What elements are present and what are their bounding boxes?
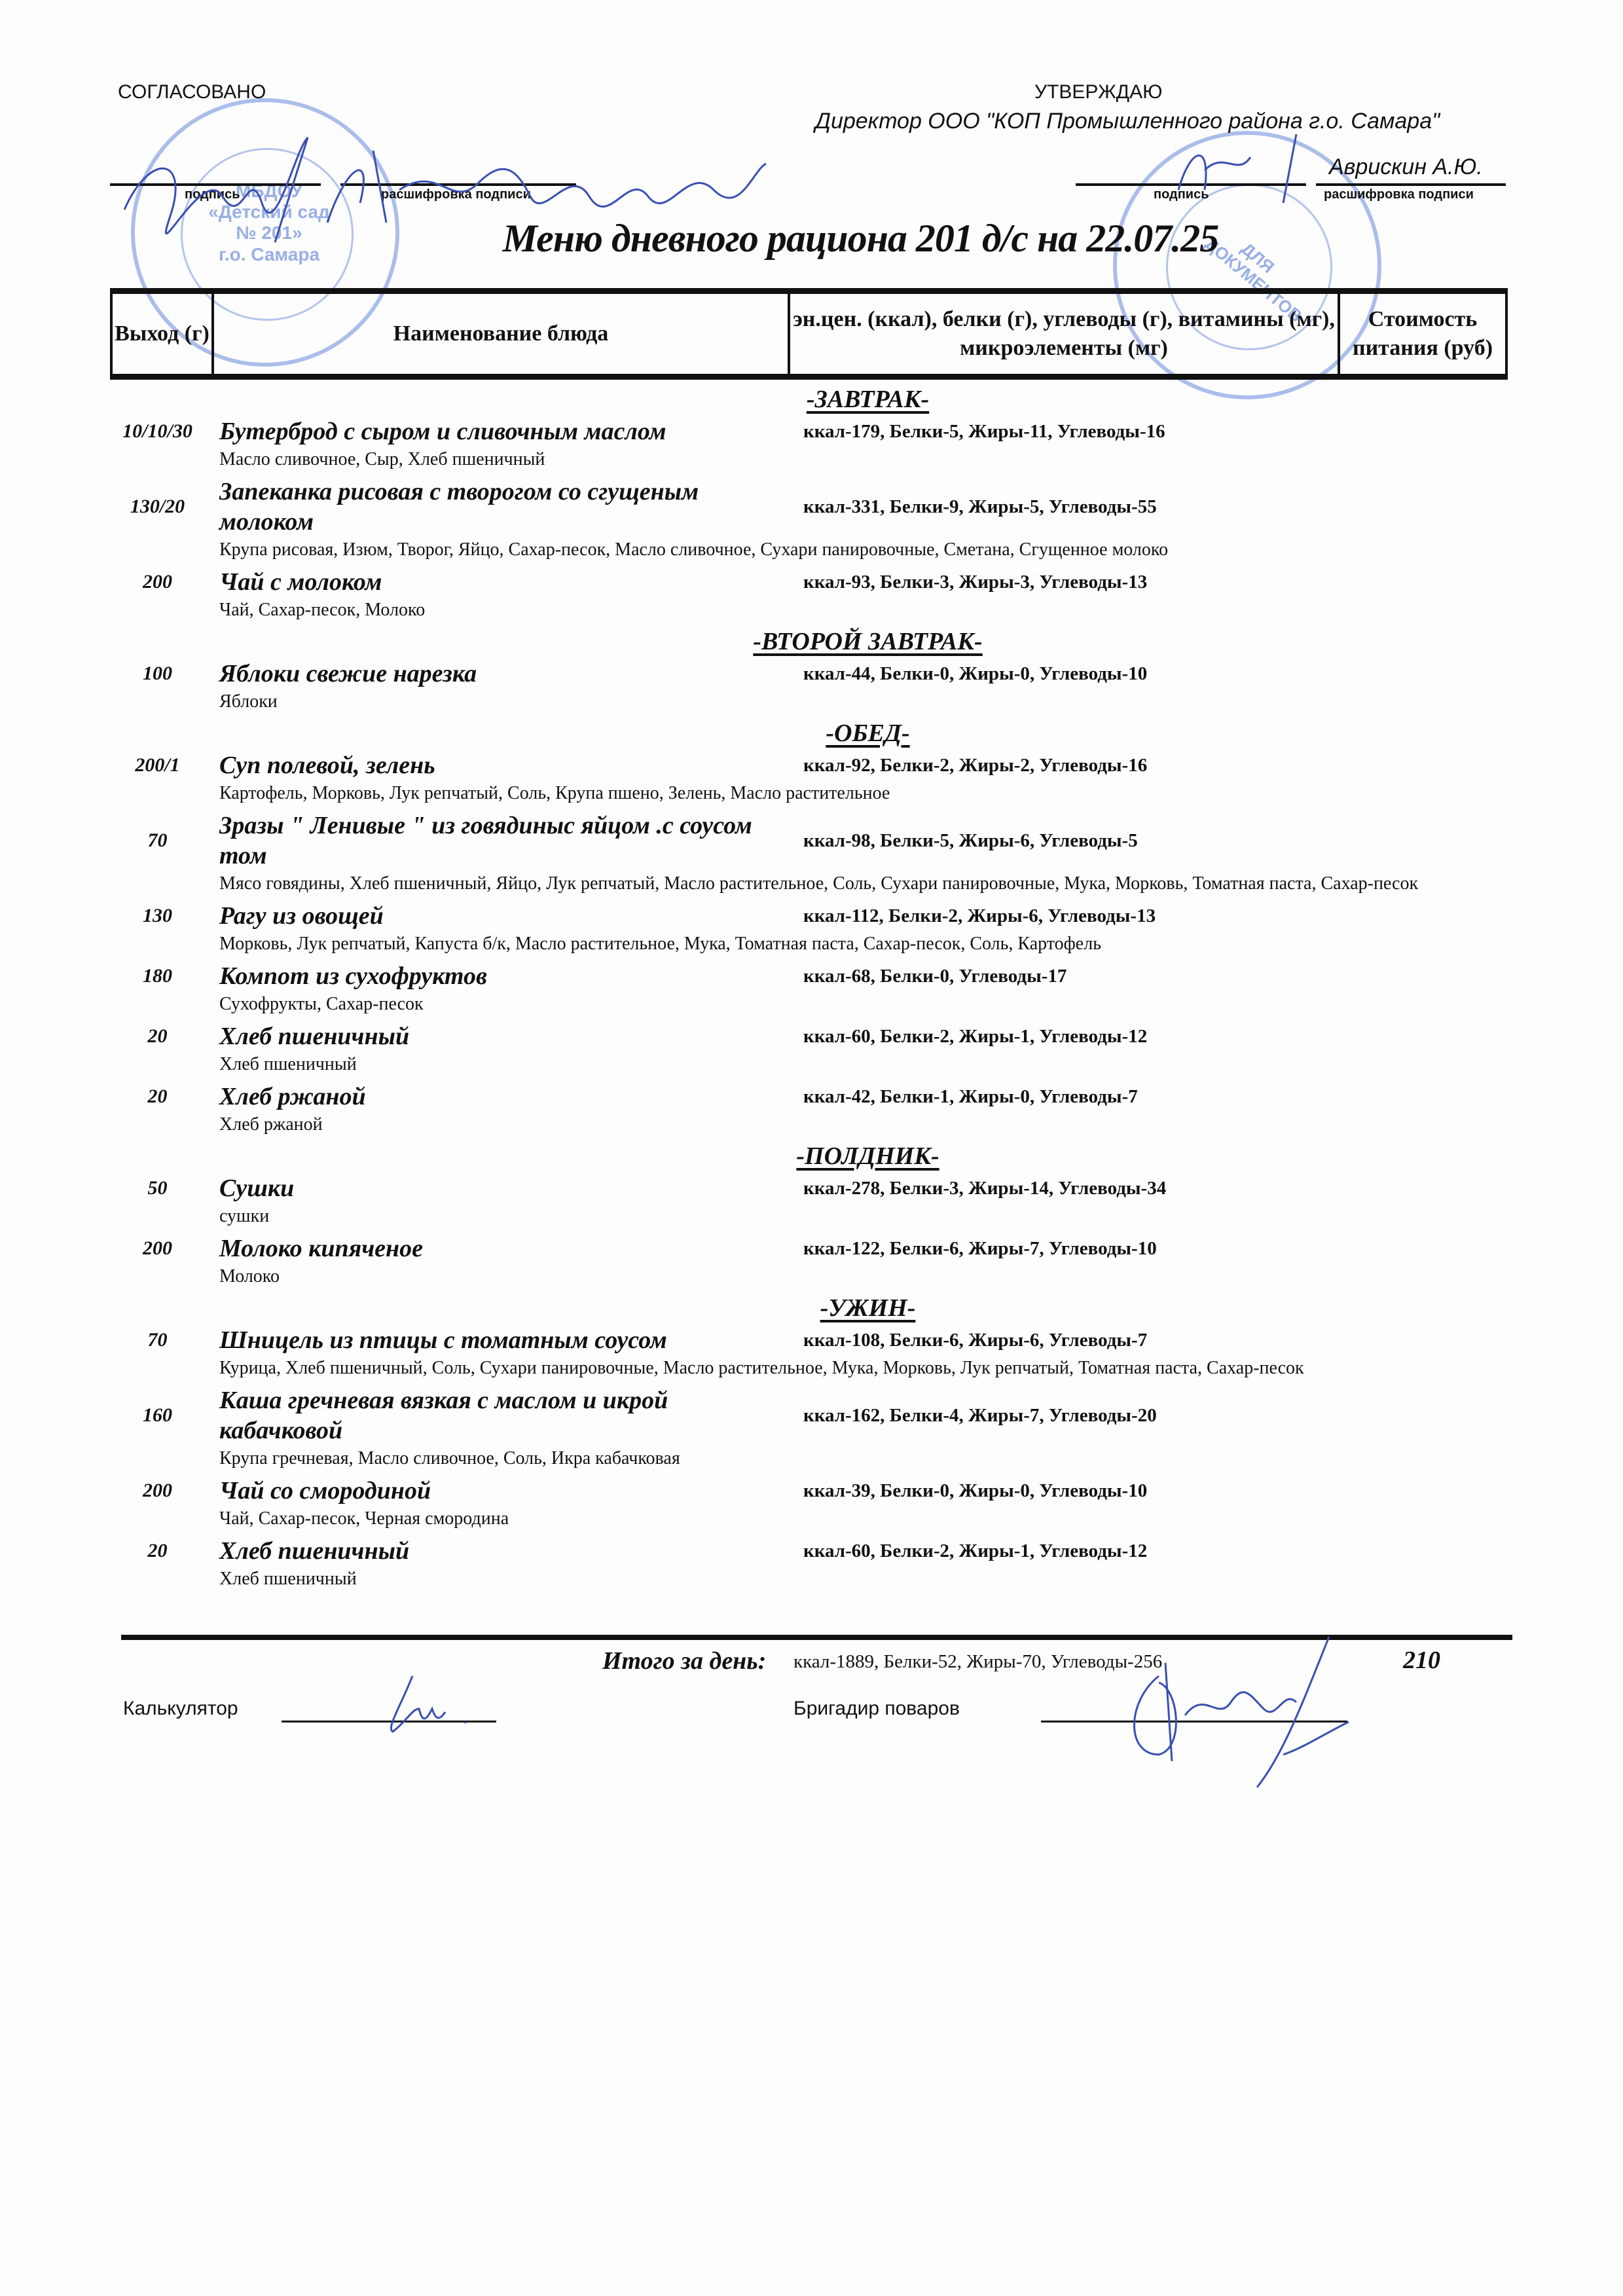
menu-item-output: 200/1 [110,754,211,776]
menu-item-name: Суп полевой, зелень [211,750,786,780]
right-signature-caption: подпись [1154,187,1209,202]
menu-item-row: 200/1Суп полевой, зеленьккал-92, Белки-2… [110,750,1508,780]
menu-item-output: 200 [110,1480,211,1502]
menu-item-nutrition: ккал-93, Белки-3, Жиры-3, Углеводы-13 [786,572,1506,593]
menu-item-row: 20Хлеб пшеничныйккал-60, Белки-2, Жиры-1… [110,1021,1508,1051]
menu-item-name: Хлеб ржаной [211,1082,786,1112]
menu-item-row: 50Сушкиккал-278, Белки-3, Жиры-14, Углев… [110,1173,1508,1203]
menu-item-name: Хлеб пшеничный [211,1536,786,1566]
menu-item-name: Каша гречневая вязкая с маслом и икрой к… [211,1385,786,1446]
menu-item-nutrition: ккал-98, Белки-5, Жиры-6, Углеводы-5 [786,830,1506,852]
menu-item-output: 70 [110,1329,211,1351]
menu-item-output: 160 [110,1404,211,1427]
menu-item-row: 180Компот из сухофруктовккал-68, Белки-0… [110,961,1508,991]
menu-item-ingredients: Масло сливочное, Сыр, Хлеб пшеничный [110,446,1431,473]
menu-item-nutrition: ккал-39, Белки-0, Жиры-0, Углеводы-10 [786,1480,1506,1502]
menu-item-ingredients: Картофель, Морковь, Лук репчатый, Соль, … [110,780,1431,807]
approve-label: УТВЕРЖДАЮ [1034,81,1162,103]
menu-item-nutrition: ккал-60, Белки-2, Жиры-1, Углеводы-12 [786,1540,1506,1562]
column-header-cost: Стоимость питания (руб) [1340,294,1505,374]
column-header-nutrition: эн.цен. (ккал), белки (г), углеводы (г),… [790,294,1340,374]
chef-signature-icon [1087,1624,1362,1794]
menu-body: -ЗАВТРАК-10/10/30Бутерброд с сыром и сли… [110,381,1508,1596]
column-header-dish-name: Наименование блюда [214,294,790,374]
menu-item-row: 20Хлеб ржанойккал-42, Белки-1, Жиры-0, У… [110,1082,1508,1112]
menu-item-row: 130Рагу из овощейккал-112, Белки-2, Жиры… [110,901,1508,931]
menu-item-row: 200Чай с молокомккал-93, Белки-3, Жиры-3… [110,567,1508,597]
menu-item-name: Запеканка рисовая с творогом со сгущеным… [211,477,786,537]
menu-item-name: Компот из сухофруктов [211,961,786,991]
menu-item-ingredients: Чай, Сахар-песок, Молоко [110,597,1431,623]
menu-item-ingredients: Крупа гречневая, Масло сливочное, Соль, … [110,1446,1431,1472]
menu-item-output: 200 [110,1237,211,1260]
menu-item-output: 50 [110,1177,211,1199]
bottom-divider [121,1635,1512,1640]
page-title: Меню дневного рациона 201 д/с на 22.07.2… [0,216,1623,261]
menu-item-name: Чай с молоком [211,567,786,597]
agreed-label: СОГЛАСОВАНО [118,81,266,103]
menu-item-name: Бутерброд с сыром и сливочным маслом [211,416,786,446]
menu-item-nutrition: ккал-278, Белки-3, Жиры-14, Углеводы-34 [786,1178,1506,1199]
menu-item-ingredients: Морковь, Лук репчатый, Капуста б/к, Масл… [110,931,1431,957]
right-decoding-line [1316,183,1506,186]
menu-item-nutrition: ккал-60, Белки-2, Жиры-1, Углеводы-12 [786,1026,1506,1048]
menu-item-name: Молоко кипяченое [211,1233,786,1264]
menu-item-output: 200 [110,571,211,593]
menu-item-name: Сушки [211,1173,786,1203]
menu-item-row: 200Чай со смородинойккал-39, Белки-0, Жи… [110,1476,1508,1506]
left-decoding-line [340,183,576,186]
chef-signature-line [1041,1721,1347,1722]
menu-item-ingredients: Молоко [110,1264,1431,1290]
left-signature-line [110,183,321,186]
menu-item-row: 130/20Запеканка рисовая с творогом со сг… [110,477,1508,537]
menu-item-row: 160Каша гречневая вязкая с маслом и икро… [110,1385,1508,1446]
right-signature-line [1076,183,1306,186]
menu-item-nutrition: ккал-92, Белки-2, Жиры-2, Углеводы-16 [786,755,1506,776]
approver-name: Аврискин А.Ю. [1329,155,1483,180]
menu-item-ingredients: Мясо говядины, Хлеб пшеничный, Яйцо, Лук… [110,871,1431,897]
menu-item-nutrition: ккал-42, Белки-1, Жиры-0, Углеводы-7 [786,1086,1506,1108]
left-decoding-caption: расшифровка подписи [381,187,531,202]
menu-item-nutrition: ккал-44, Белки-0, Жиры-0, Углеводы-10 [786,663,1506,685]
menu-item-name: Чай со смородиной [211,1476,786,1506]
calculator-signature-line [282,1721,496,1722]
day-total-cost: 210 [1403,1646,1440,1675]
menu-item-name: Хлеб пшеничный [211,1021,786,1051]
section-title: -ОБЕД- [110,719,1508,748]
menu-item-name: Зразы " Ленивые " из говядиныс яйцом .с … [211,811,786,871]
menu-document-page: МБДОУ «Детский сад № 201» г.о. Самара ДЛ… [0,0,1623,2296]
section-title: -УЖИН- [110,1294,1508,1322]
menu-item-row: 70Зразы " Ленивые " из говядиныс яйцом .… [110,811,1508,871]
menu-item-ingredients: Чай, Сахар-песок, Черная смородина [110,1506,1431,1532]
menu-item-output: 130 [110,905,211,927]
table-header: Выход (г) Наименование блюда эн.цен. (кк… [110,288,1508,380]
day-total-values: ккал-1889, Белки-52, Жиры-70, Углеводы-2… [793,1651,1162,1673]
menu-item-row: 200Молоко кипяченоеккал-122, Белки-6, Жи… [110,1233,1508,1264]
menu-item-output: 10/10/30 [110,420,211,443]
menu-item-nutrition: ккал-108, Белки-6, Жиры-6, Углеводы-7 [786,1330,1506,1351]
right-decoding-caption: расшифровка подписи [1324,187,1474,202]
section-title: -ВТОРОЙ ЗАВТРАК- [110,627,1508,656]
menu-item-row: 20Хлеб пшеничныйккал-60, Белки-2, Жиры-1… [110,1536,1508,1566]
menu-item-row: 10/10/30Бутерброд с сыром и сливочным ма… [110,416,1508,446]
menu-item-nutrition: ккал-162, Белки-4, Жиры-7, Углеводы-20 [786,1405,1506,1427]
menu-item-ingredients: Хлеб ржаной [110,1112,1431,1138]
menu-item-output: 70 [110,829,211,852]
column-header-output: Выход (г) [113,294,214,374]
menu-item-ingredients: Сухофрукты, Сахар-песок [110,991,1431,1017]
menu-item-nutrition: ккал-112, Белки-2, Жиры-6, Углеводы-13 [786,905,1506,927]
menu-item-output: 100 [110,663,211,685]
page-title-text: Меню дневного рациона 201 д/с на 22.07.2… [503,217,1219,260]
section-title: -ЗАВТРАК- [110,385,1508,414]
director-title: Директор ООО "КОП Промышленного района г… [815,109,1440,134]
section-title: -ПОЛДНИК- [110,1142,1508,1171]
calculator-signature-icon [373,1669,504,1741]
menu-item-name: Рагу из овощей [211,901,786,931]
day-total-label: Итого за день: [602,1647,766,1675]
menu-item-output: 130/20 [110,496,211,518]
menu-item-output: 20 [110,1540,211,1562]
chef-label: Бригадир поваров [793,1698,960,1720]
menu-item-ingredients: Курица, Хлеб пшеничный, Соль, Сухари пан… [110,1355,1431,1381]
calculator-label: Калькулятор [123,1698,238,1720]
menu-item-name: Шницель из птицы с томатным соусом [211,1325,786,1355]
menu-item-nutrition: ккал-179, Белки-5, Жиры-11, Углеводы-16 [786,421,1506,443]
menu-item-row: 100Яблоки свежие нарезкаккал-44, Белки-0… [110,659,1508,689]
menu-item-nutrition: ккал-122, Белки-6, Жиры-7, Углеводы-10 [786,1238,1506,1260]
menu-item-name: Яблоки свежие нарезка [211,659,786,689]
left-signature-caption: подпись [185,187,240,202]
menu-item-nutrition: ккал-68, Белки-0, Углеводы-17 [786,966,1506,987]
menu-item-row: 70Шницель из птицы с томатным соусомккал… [110,1325,1508,1355]
menu-item-nutrition: ккал-331, Белки-9, Жиры-5, Углеводы-55 [786,496,1506,518]
menu-item-ingredients: Крупа рисовая, Изюм, Творог, Яйцо, Сахар… [110,537,1431,563]
menu-item-ingredients: Хлеб пшеничный [110,1051,1431,1078]
menu-item-ingredients: сушки [110,1203,1431,1230]
menu-item-output: 20 [110,1025,211,1048]
menu-item-ingredients: Яблоки [110,689,1431,715]
menu-item-ingredients: Хлеб пшеничный [110,1566,1431,1592]
menu-item-output: 20 [110,1085,211,1108]
menu-item-output: 180 [110,965,211,987]
